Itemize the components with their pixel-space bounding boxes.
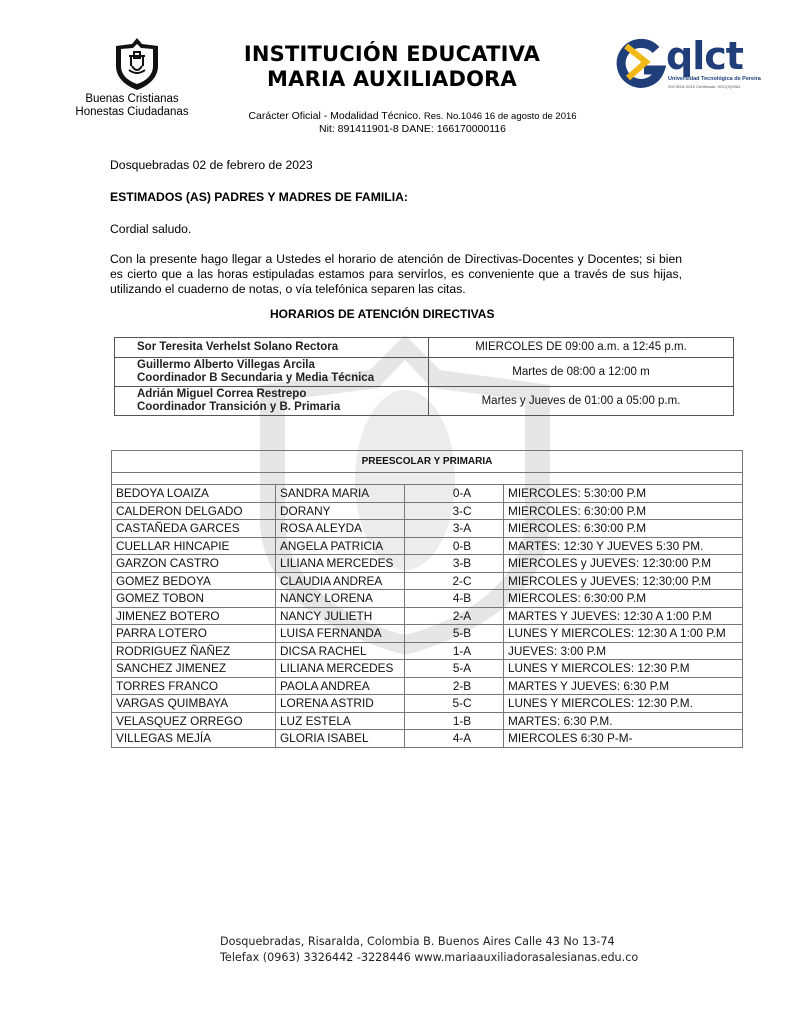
institution-title: INSTITUCIÓN EDUCATIVA MARIA AUXILIADORA (212, 42, 572, 92)
teacher-name: LUISA FERNANDA (276, 625, 405, 643)
teacher-name: LUZ ESTELA (276, 712, 405, 730)
teacher-schedule: MARTES: 6:30 P.M. (504, 712, 743, 730)
teacher-schedule: MIERCOLES 6:30 P-M- (504, 730, 743, 748)
teacher-grade: 2-B (405, 677, 504, 695)
teacher-grade: 1-A (405, 642, 504, 660)
teacher-surname: CASTAÑEDA GARCES (112, 520, 276, 538)
teacher-name: GLORIA ISABEL (276, 730, 405, 748)
school-motto: Buenas Cristianas Honestas Ciudadanas (62, 93, 202, 119)
teacher-row: TORRES FRANCOPAOLA ANDREA2-BMARTES Y JUE… (112, 677, 743, 695)
directiva-schedule: MIERCOLES DE 09:00 a.m. a 12:45 p.m. (429, 338, 734, 358)
teacher-grade: 3-B (405, 555, 504, 573)
teacher-surname: RODRIGUEZ ÑAÑEZ (112, 642, 276, 660)
teacher-surname: PARRA LOTERO (112, 625, 276, 643)
teacher-grade: 2-C (405, 572, 504, 590)
school-crest-logo (112, 36, 162, 92)
directiva-name: Guillermo Alberto Villegas ArcilaCoordin… (115, 358, 429, 387)
nit-dane-text: Nit: 891411901-8 DANE: 166170000116 (220, 123, 605, 136)
teacher-grade: 1-B (405, 712, 504, 730)
teacher-surname: CUELLAR HINCAPIE (112, 537, 276, 555)
teacher-row: GOMEZ TOBONNANCY LORENA4-BMIERCOLES: 6:3… (112, 590, 743, 608)
cert-university: Universidad Tecnológica de Pereira (668, 76, 761, 82)
teacher-name: ROSA ALEYDA (276, 520, 405, 538)
directiva-name: Adrián Miguel Correa RestrepoCoordinador… (115, 387, 429, 416)
teacher-row: PARRA LOTEROLUISA FERNANDA5-BLUNES Y MIE… (112, 625, 743, 643)
teacher-name: LORENA ASTRID (276, 695, 405, 713)
directiva-name-text: Sor Teresita Verhelst Solano Rectora (137, 341, 424, 354)
directiva-schedule: Martes y Jueves de 01:00 a 05:00 p.m. (429, 387, 734, 416)
footer-address: Dosquebradas, Risaralda, Colombia B. Bue… (220, 934, 638, 950)
directivas-title: HORARIOS DE ATENCIÓN DIRECTIVAS (270, 307, 494, 322)
teacher-row: CALDERON DELGADODORANY3-CMIERCOLES: 6:30… (112, 502, 743, 520)
teacher-row: JIMENEZ BOTERONANCY JULIETH2-AMARTES Y J… (112, 607, 743, 625)
teacher-row: CUELLAR HINCAPIEANGELA PATRICIA0-BMARTES… (112, 537, 743, 555)
teacher-row: SANCHEZ JIMENEZLILIANA MERCEDES5-ALUNES … (112, 660, 743, 678)
teacher-surname: VARGAS QUIMBAYA (112, 695, 276, 713)
cert-iso: ISO 9001:2015 Certificado: SGC(S)0064 (668, 84, 740, 89)
directiva-role-text: Coordinador B Secundaria y Media Técnica (137, 372, 424, 385)
teacher-name: DICSA RACHEL (276, 642, 405, 660)
teacher-row: BEDOYA LOAIZASANDRA MARIA0-AMIERCOLES: 5… (112, 485, 743, 503)
resolution-text: Res. No.1046 16 de agosto de 2016 (424, 111, 577, 122)
teacher-surname: SANCHEZ JIMENEZ (112, 660, 276, 678)
teacher-schedule: JUEVES: 3:00 P.M (504, 642, 743, 660)
directiva-name-text: Adrián Miguel Correa Restrepo (137, 388, 424, 401)
teacher-grade: 5-B (405, 625, 504, 643)
teacher-schedule: MARTES: 12:30 Y JUEVES 5:30 PM. (504, 537, 743, 555)
teacher-surname: GARZON CASTRO (112, 555, 276, 573)
teacher-surname: GOMEZ BEDOYA (112, 572, 276, 590)
teacher-name: DORANY (276, 502, 405, 520)
teacher-grade: 3-C (405, 502, 504, 520)
directivas-table: Sor Teresita Verhelst Solano RectoraMIER… (114, 337, 734, 416)
teacher-surname: TORRES FRANCO (112, 677, 276, 695)
teacher-name: ANGELA PATRICIA (276, 537, 405, 555)
preescolar-header-row: PREESCOLAR Y PRIMARIA (112, 451, 743, 473)
teacher-grade: 3-A (405, 520, 504, 538)
teacher-surname: BEDOYA LOAIZA (112, 485, 276, 503)
teacher-grade: 0-B (405, 537, 504, 555)
title-line-2: MARIA AUXILIADORA (212, 67, 572, 92)
teacher-grade: 5-C (405, 695, 504, 713)
teacher-surname: CALDERON DELGADO (112, 502, 276, 520)
teacher-schedule: MIERCOLES: 6:30:00 P.M (504, 502, 743, 520)
teacher-schedule: LUNES Y MIERCOLES: 12:30 P.M (504, 660, 743, 678)
teacher-grade: 2-A (405, 607, 504, 625)
letter-date: Dosquebradas 02 de febrero de 2023 (110, 158, 313, 173)
teacher-grade: 4-B (405, 590, 504, 608)
teacher-surname: GOMEZ TOBON (112, 590, 276, 608)
teacher-row: GOMEZ BEDOYACLAUDIA ANDREA2-CMIERCOLES y… (112, 572, 743, 590)
directiva-row: Sor Teresita Verhelst Solano RectoraMIER… (115, 338, 734, 358)
teacher-row: VELASQUEZ ORREGOLUZ ESTELA1-BMARTES: 6:3… (112, 712, 743, 730)
teacher-name: NANCY JULIETH (276, 607, 405, 625)
teacher-name: LILIANA MERCEDES (276, 555, 405, 573)
preescolar-table: PREESCOLAR Y PRIMARIA BEDOYA LOAIZASANDR… (111, 450, 743, 748)
teacher-name: NANCY LORENA (276, 590, 405, 608)
directiva-row: Adrián Miguel Correa RestrepoCoordinador… (115, 387, 734, 416)
teacher-grade: 4-A (405, 730, 504, 748)
directiva-role-text: Coordinador Transición y B. Primaria (137, 401, 424, 414)
teacher-schedule: LUNES Y MIERCOLES: 12:30 P.M. (504, 695, 743, 713)
teacher-name: LILIANA MERCEDES (276, 660, 405, 678)
teacher-name: CLAUDIA ANDREA (276, 572, 405, 590)
teacher-surname: VELASQUEZ ORREGO (112, 712, 276, 730)
motto-line-2: Honestas Ciudadanas (62, 106, 202, 119)
caracter-text: Carácter Oficial - Modalidad Técnico. (248, 110, 421, 122)
teacher-schedule: LUNES Y MIERCOLES: 12:30 A 1:00 P.M (504, 625, 743, 643)
teacher-schedule: MIERCOLES y JUEVES: 12:30:00 P.M (504, 572, 743, 590)
teacher-grade: 0-A (405, 485, 504, 503)
teacher-name: PAOLA ANDREA (276, 677, 405, 695)
teacher-row: VARGAS QUIMBAYALORENA ASTRID5-CLUNES Y M… (112, 695, 743, 713)
footer-contact: Telefax (0963) 3326442 -3228446 www.mari… (220, 950, 638, 966)
teacher-schedule: MARTES Y JUEVES: 6:30 P.M (504, 677, 743, 695)
directiva-name: Sor Teresita Verhelst Solano Rectora (115, 338, 429, 358)
teacher-surname: VILLEGAS MEJÍA (112, 730, 276, 748)
letter-greeting: Cordial saludo. (110, 222, 191, 237)
directiva-name-text: Guillermo Alberto Villegas Arcila (137, 359, 424, 372)
preescolar-title: PREESCOLAR Y PRIMARIA (112, 451, 743, 473)
qlct-g-icon (616, 38, 666, 94)
teacher-row: GARZON CASTROLILIANA MERCEDES3-BMIERCOLE… (112, 555, 743, 573)
teacher-schedule: MIERCOLES: 6:30:00 P.M (504, 520, 743, 538)
teacher-surname: JIMENEZ BOTERO (112, 607, 276, 625)
teacher-row: CASTAÑEDA GARCESROSA ALEYDA3-AMIERCOLES:… (112, 520, 743, 538)
teacher-schedule: MIERCOLES: 6:30:00 P.M (504, 590, 743, 608)
shield-crest-icon (112, 36, 162, 92)
title-line-1: INSTITUCIÓN EDUCATIVA (212, 42, 572, 67)
teacher-row: RODRIGUEZ ÑAÑEZDICSA RACHEL1-AJUEVES: 3:… (112, 642, 743, 660)
teacher-grade: 5-A (405, 660, 504, 678)
letter-salutation: ESTIMADOS (AS) PADRES Y MADRES DE FAMILI… (110, 190, 408, 205)
letter-paragraph: Con la presente hago llegar a Ustedes el… (110, 252, 682, 297)
directiva-row: Guillermo Alberto Villegas ArcilaCoordin… (115, 358, 734, 387)
motto-line-1: Buenas Cristianas (62, 93, 202, 106)
directiva-schedule: Martes de 08:00 a 12:00 m (429, 358, 734, 387)
cert-brand: qlct (666, 34, 743, 78)
teacher-schedule: MIERCOLES y JUEVES: 12:30:00 P.M (504, 555, 743, 573)
teacher-name: SANDRA MARIA (276, 485, 405, 503)
blank-row (112, 473, 743, 485)
teacher-row: VILLEGAS MEJÍAGLORIA ISABEL4-AMIERCOLES … (112, 730, 743, 748)
teacher-schedule: MIERCOLES: 5:30:00 P.M (504, 485, 743, 503)
blank-cell (112, 473, 743, 485)
institution-info: Carácter Oficial - Modalidad Técnico. Re… (220, 110, 605, 136)
certification-logo: qlct Universidad Tecnológica de Pereira … (616, 38, 776, 94)
teacher-schedule: MARTES Y JUEVES: 12:30 A 1:00 P.M (504, 607, 743, 625)
footer: Dosquebradas, Risaralda, Colombia B. Bue… (220, 934, 638, 965)
